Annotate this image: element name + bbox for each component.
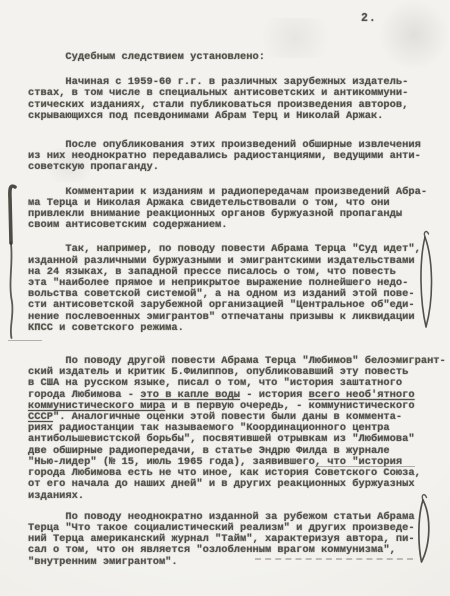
text-line: скрывающихся под псевдонимами Абрам Терц… — [28, 111, 438, 122]
text-line: КПСС и советского режима. — [28, 323, 438, 334]
text-line: изданиях. — [28, 491, 438, 502]
paragraph: По поводу другой повести Абрама Терца "Л… — [28, 356, 438, 502]
text-line: ствах, в том числе в специальных антисов… — [28, 88, 438, 99]
paragraph: Так, например, по поводу повести Абрама … — [28, 244, 438, 334]
document-heading: Судебным следствием установлено: — [28, 52, 438, 63]
paragraph: После опубликования этих произведений об… — [28, 140, 438, 174]
document-content: Судебным следствием установлено: Начиная… — [28, 52, 438, 568]
document-body: Начиная с 1959-60 г.г. в различных заруб… — [28, 77, 438, 568]
text-line: Так, например, по поводу повести Абрама … — [28, 244, 438, 255]
text-line: антибольшевистской борьбы", посвятившей … — [28, 434, 438, 445]
text-line: советскую пропаганду. — [28, 162, 438, 173]
pencil-dashes-mark — [255, 548, 413, 560]
pencil-underline-mark — [8, 332, 42, 341]
paragraph: Комментарии к изданиям и радиопередачам … — [28, 187, 438, 232]
text-line: от его начала до наших дней" и в других … — [28, 479, 438, 490]
left-margin-pen-stroke-tail — [10, 242, 12, 338]
left-margin-pen-stroke — [10, 186, 15, 243]
scanned-document-page: 2. Судебным следствием установлено: Начи… — [0, 0, 450, 596]
text-line: сти антисоветской зарубежной организацие… — [28, 300, 438, 311]
paragraph: Начиная с 1959-60 г.г. в различных заруб… — [28, 77, 438, 122]
page-number: 2. — [361, 12, 377, 25]
text-line: своим антисоветским содержанием. — [28, 220, 438, 231]
